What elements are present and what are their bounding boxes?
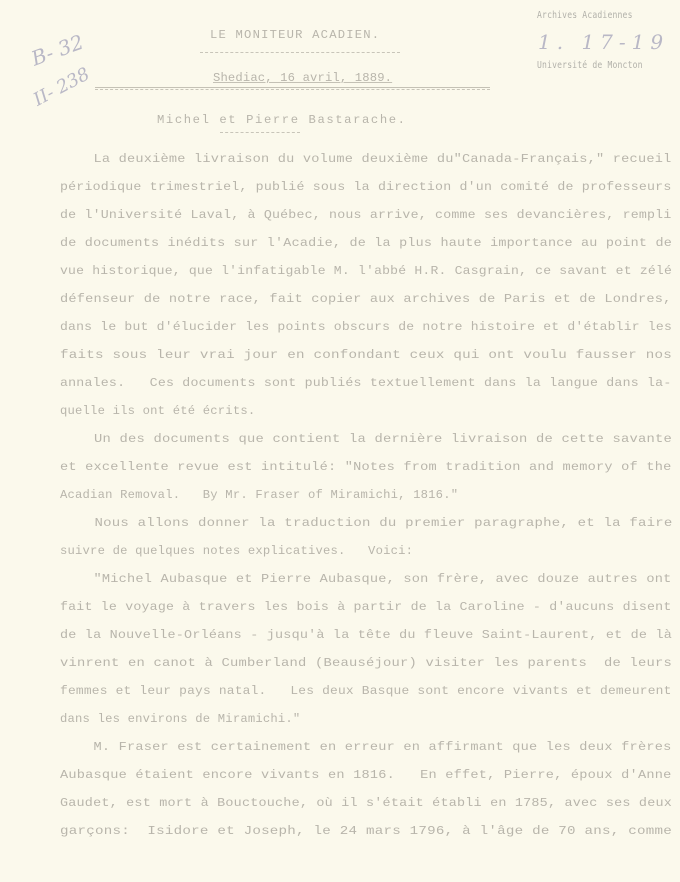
margin-note-line1: B- 32	[28, 30, 87, 71]
body-line: faits sous leur vrai jour en confondant …	[60, 348, 672, 362]
dateline-rule-dashed	[95, 89, 490, 90]
newspaper-title: LE MONITEUR ACADIEN.	[210, 28, 380, 42]
body-line: suivre de quelques notes explicatives. V…	[60, 544, 413, 558]
document-page: LE MONITEUR ACADIEN. Shediac, 16 avril, …	[0, 0, 680, 882]
body-line: La deuxième livraison du volume deuxième…	[60, 152, 671, 166]
body-line: de documents inédits sur l'Acadie, de la…	[60, 236, 672, 250]
body-line: quelle ils ont été écrits.	[60, 404, 255, 418]
archive-stamp-line1: Archives Acadiennes	[537, 10, 633, 21]
body-line: M. Fraser est certainement en erreur en …	[60, 740, 671, 754]
body-line: Gaudet, est mort à Bouctouche, où il s'é…	[60, 796, 672, 810]
body-line: vue historique, que l'infatigable M. l'a…	[60, 264, 672, 278]
body-line: de l'Université Laval, à Québec, nous ar…	[60, 208, 671, 222]
body-line: défenseur de notre race, fait copier aux…	[60, 292, 671, 306]
body-line: de la Nouvelle-Orléans - jusqu'à la tête…	[60, 628, 672, 642]
body-line: Aubasque étaient encore vivants en 1816.…	[60, 768, 671, 782]
body-line: femmes et leur pays natal. Les deux Basq…	[60, 684, 672, 698]
body-line: annales. Ces documents sont publiés text…	[60, 376, 671, 390]
body-line: périodique trimestriel, publié sous la d…	[60, 180, 671, 194]
dateline-rule	[95, 87, 490, 88]
body-line: vinrent en canot à Cumberland (Beauséjou…	[60, 656, 672, 670]
margin-note-line2: II- 238	[30, 64, 93, 111]
article-title-divider	[220, 132, 300, 133]
body-line: garçons: Isidore et Joseph, le 24 mars 1…	[60, 824, 672, 838]
title-divider	[200, 52, 400, 53]
article-title: Michel et Pierre Bastarache.	[157, 113, 407, 127]
body-line: "Michel Aubasque et Pierre Aubasque, son…	[60, 572, 671, 586]
body-line: dans les environs de Miramichi."	[60, 712, 300, 726]
archive-stamp-line2: Université de Moncton	[537, 60, 643, 71]
body-line: et excellente revue est intitulé: "Notes…	[60, 460, 671, 474]
archive-reference-number: 1. 17-19	[538, 30, 669, 54]
body-line: fait le voyage à travers les bois à part…	[60, 600, 671, 614]
body-line: Nous allons donner la traduction du prem…	[60, 516, 673, 530]
dateline: Shediac, 16 avril, 1889.	[213, 71, 392, 85]
body-line: dans le but d'élucider les points obscur…	[60, 320, 672, 334]
body-line: Un des documents que contient la dernièr…	[60, 432, 672, 446]
body-line: Acadian Removal. By Mr. Fraser of Mirami…	[60, 488, 458, 502]
